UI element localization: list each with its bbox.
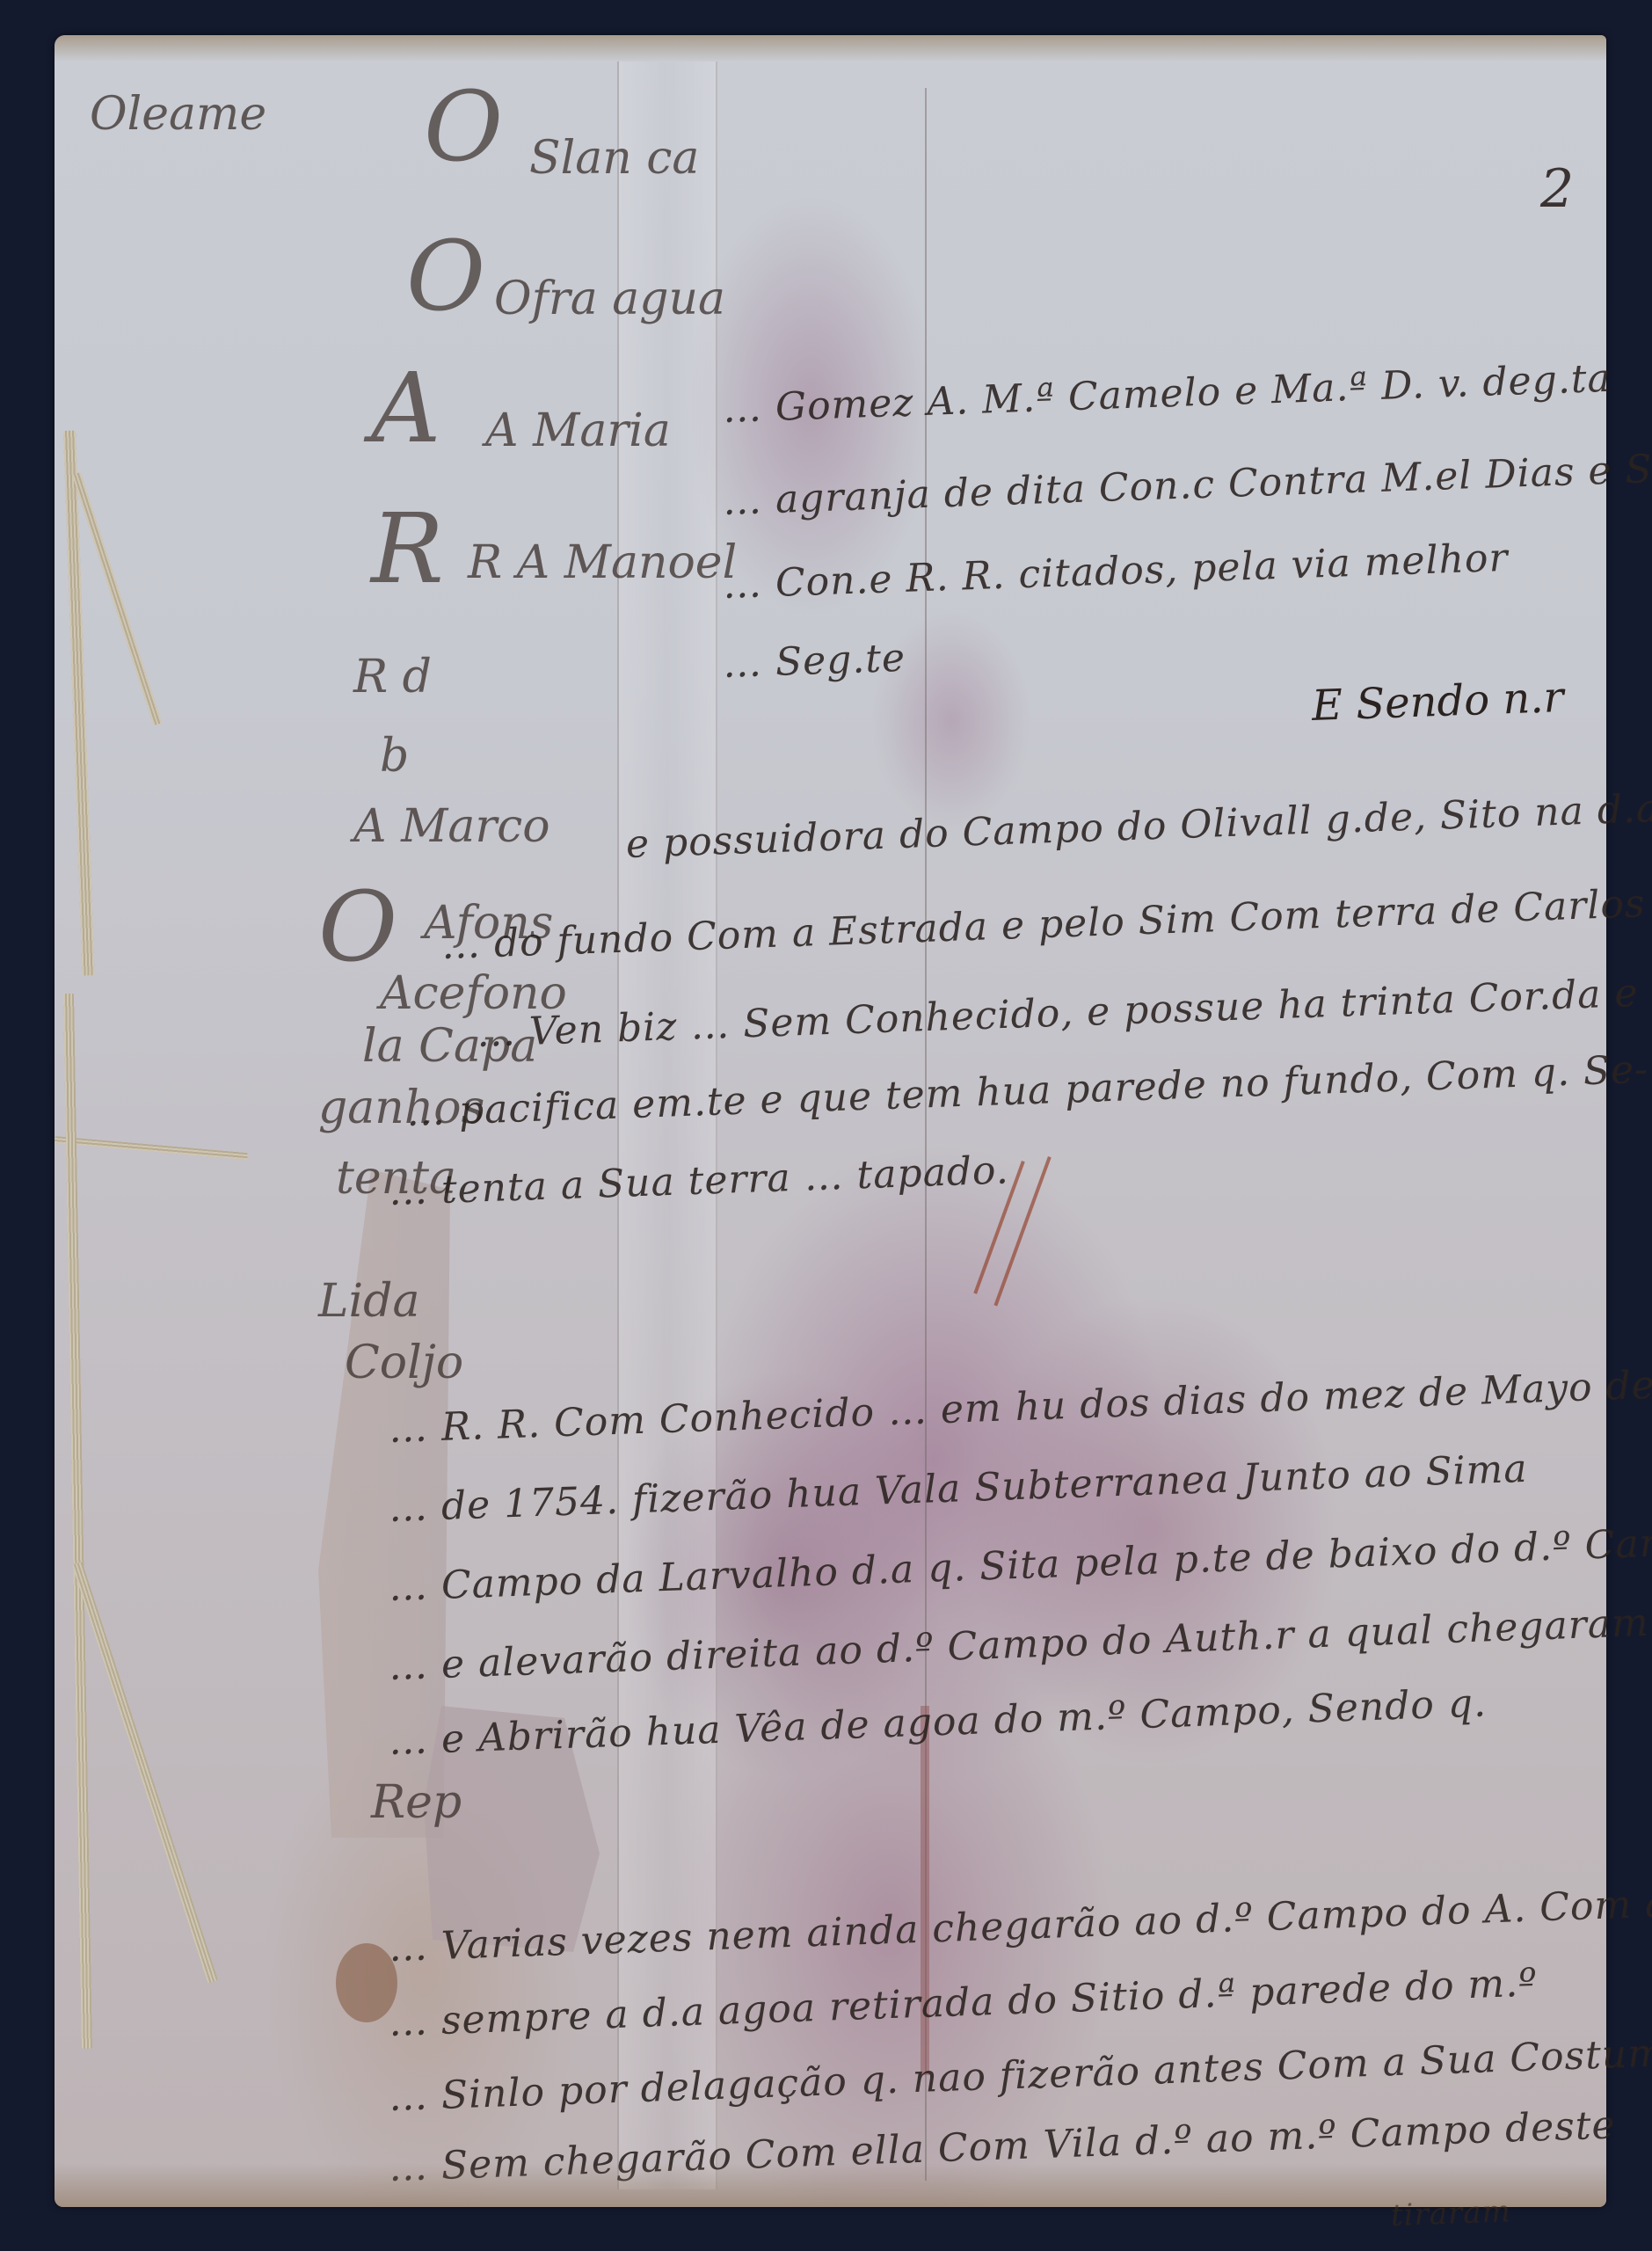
body-line: … sempre a d.a agoa retirada do Sitio d.… bbox=[388, 1960, 1539, 2045]
closing-phrase: E Sendo n.r bbox=[1311, 673, 1564, 731]
body-line: … agranja de dita Con.c Contra M.el Dias… bbox=[722, 442, 1652, 524]
body-line: … Campo da Larvalho d.a q. Sita pela p.t… bbox=[388, 1519, 1652, 1610]
body-line: … pacifica em.te e que tem hua parede no… bbox=[405, 1047, 1649, 1135]
catchword: tiraram bbox=[1390, 2194, 1511, 2233]
margin-note: b bbox=[380, 730, 409, 783]
margin-capital: O bbox=[318, 871, 397, 983]
margin-note: Slan ca bbox=[529, 132, 699, 185]
margin-note: Coljo bbox=[345, 1337, 463, 1389]
margin-capital: O bbox=[424, 70, 503, 183]
margin-note: R A Manoel bbox=[468, 536, 737, 589]
margin-note-top: Oleame bbox=[90, 88, 266, 141]
body-line: … Seg.te bbox=[722, 636, 906, 687]
thread-binding bbox=[55, 422, 125, 2093]
body-line: … Con.e R. R. citados, pela via melhor bbox=[722, 535, 1509, 608]
margin-note: Rep bbox=[371, 1776, 462, 1829]
margin-note: A Marco bbox=[353, 800, 550, 853]
body-line: … Sinlo por delagação q. nao fizerão ant… bbox=[388, 2029, 1652, 2120]
body-line: … de 1754. fizerão hua Vala Subterranea … bbox=[388, 1446, 1528, 1531]
margin-capital: R bbox=[371, 492, 444, 605]
manuscript-page: 2 Oleame O Slan ca O Ofra agua A A Maria… bbox=[55, 35, 1606, 2207]
body-line: … R. R. Com Conhecido … em hu dos dias d… bbox=[388, 1360, 1652, 1452]
body-line: … e Abrirão hua Vêa de agoa do m.º Campo… bbox=[388, 1680, 1488, 1764]
body-line: … Sem chegarão Com ella Com Vila d.º ao … bbox=[388, 2102, 1616, 2190]
body-line: … e alevarão direita ao d.º Campo do Aut… bbox=[388, 1600, 1649, 1689]
margin-note: A Maria bbox=[485, 404, 671, 457]
margin-note: Ofra agua bbox=[494, 273, 725, 325]
body-line: … Gomez A. M.ª Camelo e Ma.ª D. v. deg.t… bbox=[722, 356, 1612, 432]
page-number: 2 bbox=[1540, 158, 1574, 220]
margin-note: R d bbox=[353, 651, 432, 703]
body-line: e possuidora do Campo do Olivall g.de, S… bbox=[625, 786, 1652, 867]
margin-note: Lida bbox=[318, 1275, 419, 1328]
margin-capital: O bbox=[406, 220, 485, 332]
binding-thread bbox=[63, 994, 92, 2049]
margin-capital: A bbox=[371, 352, 440, 464]
